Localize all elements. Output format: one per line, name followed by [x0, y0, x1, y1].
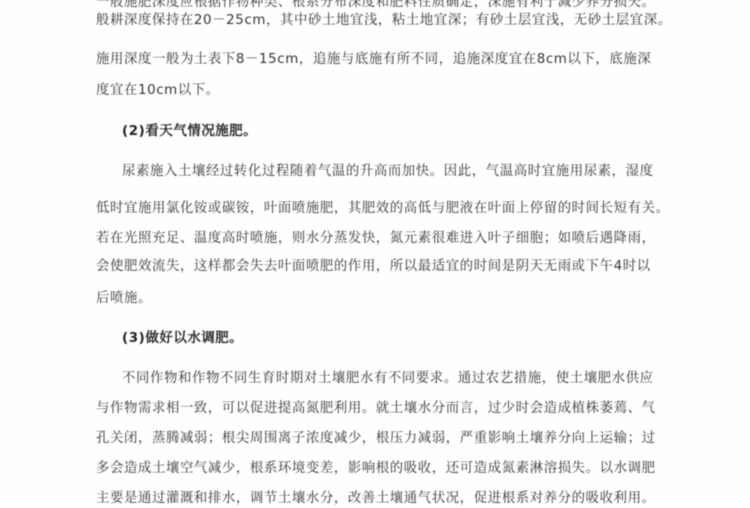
paragraph-line: 施用深度一般为土表下8－15cm，追施与底施有所不同，追施深度宜在8cm以下，底… — [96, 51, 651, 69]
document-page: 一般施肥深度应根据作物种类、根系分布深度和肥料性质确定，深施有利于减少养分损失。… — [0, 0, 750, 500]
paragraph-line: 般耕深度保持在20－25cm，其中砂土地宜浅，粘土地宜深；有砂土层宜浅，无砂土层… — [96, 12, 672, 30]
paragraph-line: 多会造成土壤空气减少，根系环境变差，影响根的吸收，还可造成氮素淋溶损失。以水调肥 — [96, 460, 656, 478]
section-heading: (2)看天气情况施肥。 — [122, 123, 257, 141]
paragraph-line: 与作物需求相一致，可以促进提高氮肥利用。就土壤水分而言，过少时会造成植株萎蔫、气 — [96, 400, 656, 418]
paragraph-line: 尿素施入土壤经过转化过程随着气温的升高而加快。因此，气温高时宜施用尿素，湿度 — [122, 163, 654, 181]
paragraph-line: 若在光照充足、温度高时喷施，则水分蒸发快，氮元素很难进入叶子细胞；如喷后遇降雨， — [96, 230, 656, 248]
paragraph-line: 一般施肥深度应根据作物种类、根系分布深度和肥料性质确定，深施有利于减少养分损失。 — [96, 0, 656, 12]
paragraph-line: 低时宜施用氯化铵或碳铵，叶面喷施肥，其肥效的高低与肥液在叶面上停留的时间长短有关… — [96, 200, 670, 218]
section-heading: (3)做好以水调肥。 — [122, 330, 243, 348]
paragraph-line: 会使肥效流失，这样都会失去叶面喷肥的作用，所以最适宜的时间是阴天无雨或下午4时以 — [96, 258, 651, 276]
paragraph-line: 后喷施。 — [96, 290, 152, 308]
paragraph-line: 孔关闭，蒸腾减弱；根尖周围离子浓度减少，根压力减弱，严重影响土壤养分向上运输；过 — [96, 430, 656, 448]
paragraph-line: 度宜在10cm以下。 — [96, 82, 220, 100]
paragraph-line: 主要是通过灌溉和排水，调节土壤水分，改善土壤通气状况，促进根系对养分的吸收利用。 — [96, 490, 656, 500]
paragraph-line: 不同作物和作物不同生育时期对土壤肥水有不同要求。通过农艺措施，使土壤肥水供应 — [122, 370, 654, 388]
